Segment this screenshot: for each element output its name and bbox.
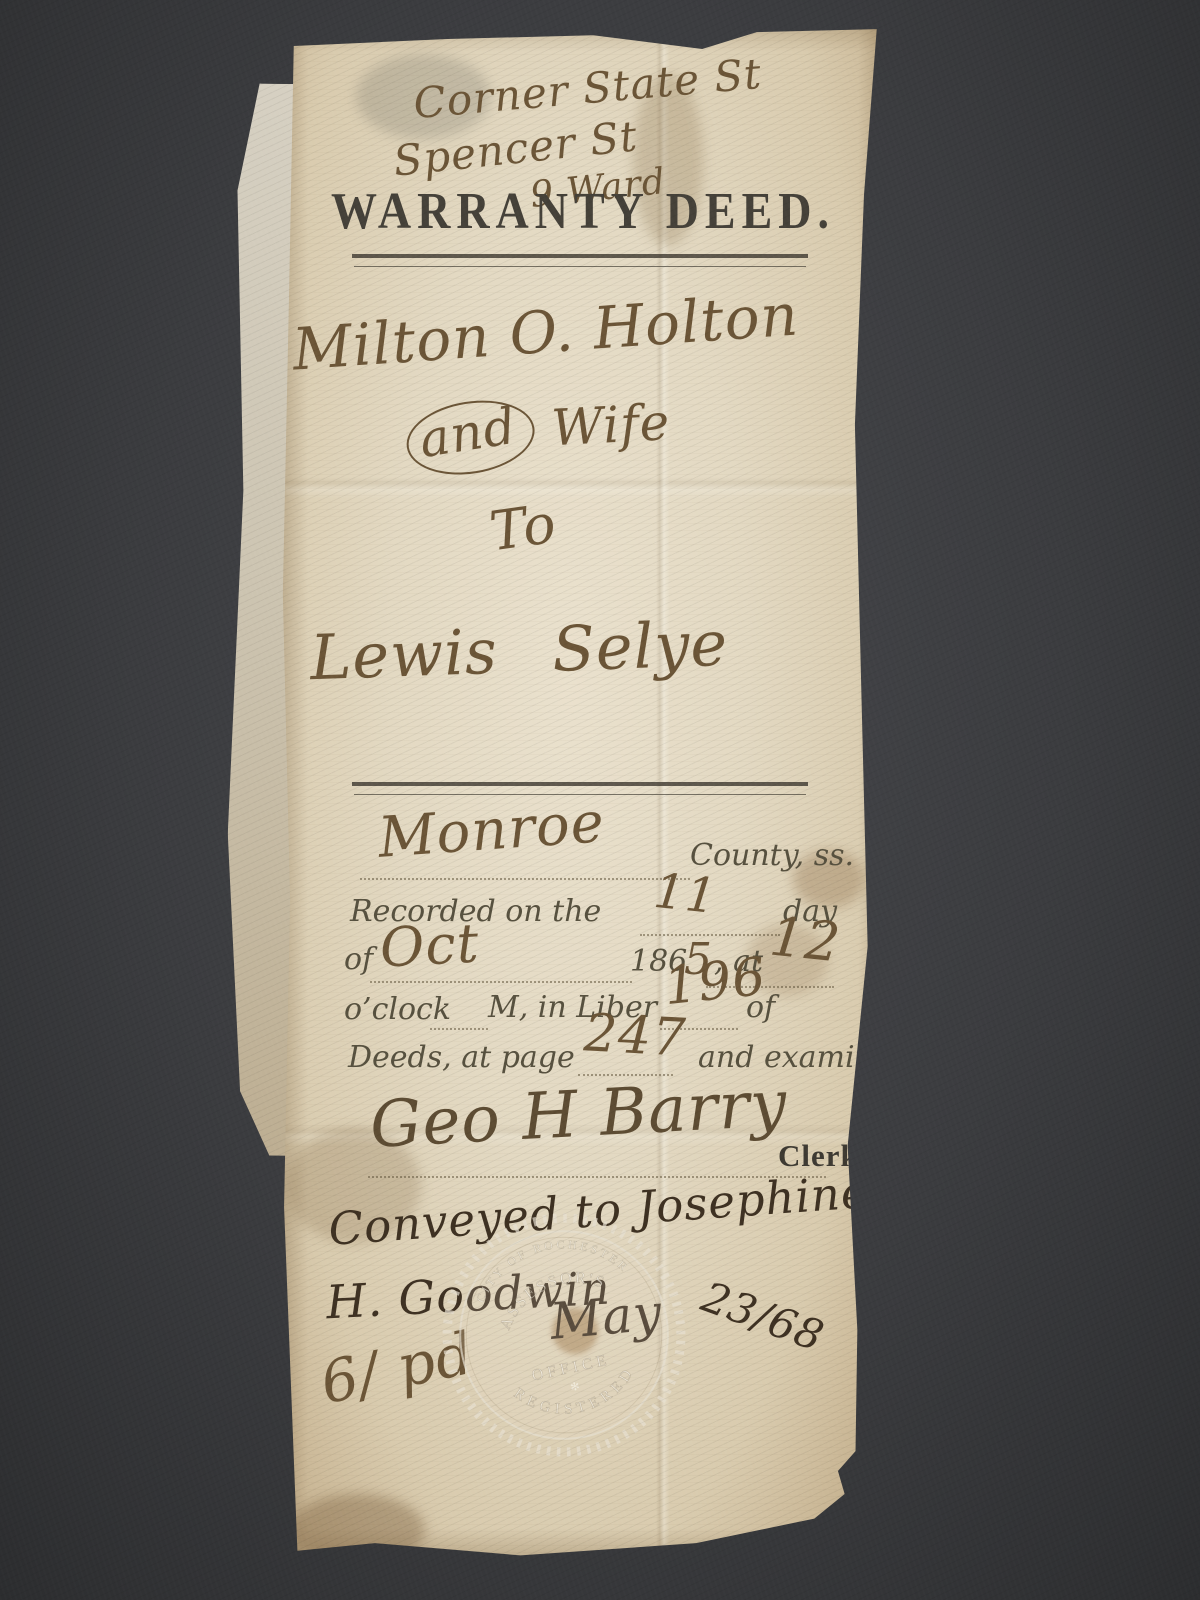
deed-paper: Corner State St Spencer St 9 Ward WARRAN… — [278, 26, 884, 1560]
page-fill: 247 — [583, 1003, 688, 1068]
of2-label: of — [746, 990, 775, 1025]
day-fill: 11 — [651, 863, 720, 925]
circled-and: and — [401, 392, 540, 483]
county-label: County, ss. — [690, 838, 854, 873]
grantor-name: Milton O. Holton — [290, 280, 801, 383]
oclock-label: o’clock — [344, 992, 451, 1027]
divider-rule-top — [352, 254, 808, 258]
embossed-seal: CITY OF ROCHESTER ASSESSOR'S OFFICE ✻ RE… — [433, 1204, 695, 1466]
hour-fill: 12 — [767, 904, 844, 974]
dotted-line-county — [360, 878, 690, 880]
wife-word: Wife — [550, 393, 671, 457]
photo-backdrop: Corner State St Spencer St 9 Ward WARRAN… — [0, 0, 1200, 1600]
party-connector: To — [486, 492, 560, 564]
stain-bottom-corner — [290, 1494, 425, 1566]
dotted-line-oclock — [430, 1028, 488, 1030]
dotted-line-month — [370, 981, 632, 983]
deeds-label: Deeds, at page — [348, 1040, 575, 1075]
of-label: of — [344, 942, 373, 977]
annotation-date: 23/68 — [695, 1272, 830, 1361]
month-fill: Oct — [378, 911, 480, 979]
grantor-and-wife: and Wife — [404, 391, 672, 477]
deed-title: WARRANTY DEED. — [328, 181, 838, 240]
grantee-name: Lewis Selye — [309, 607, 729, 695]
divider-rule-bottom — [352, 782, 808, 786]
county-fill: Monroe — [376, 790, 607, 871]
clerk-signature: Geo H Barry — [368, 1067, 789, 1163]
